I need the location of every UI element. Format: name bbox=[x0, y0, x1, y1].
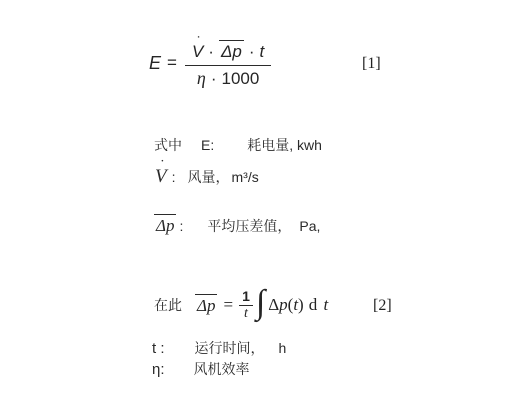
constant-1000: 1000 bbox=[221, 69, 259, 89]
equation-ref-2: [2] bbox=[373, 297, 392, 315]
integrand: Δ p ( t ) bbox=[268, 295, 304, 315]
mean-pressure-symbol: Δp bbox=[154, 214, 176, 236]
v-unit: m³/s bbox=[232, 169, 259, 185]
definition-line-v: V ˙ : 风量， m³/s bbox=[155, 166, 259, 188]
formula-mean-pressure: 在此 Δp = 1 t ∫ Δ p ( t ) d t bbox=[154, 280, 328, 330]
energy-symbol: E bbox=[149, 53, 161, 74]
definition-line-e: 式中 E: 耗电量, kwh bbox=[154, 135, 322, 155]
time-symbol: t bbox=[260, 42, 265, 62]
e-symbol-label: E: bbox=[201, 137, 214, 153]
paren-close: ) bbox=[298, 295, 304, 315]
equation-ref-1: [1] bbox=[362, 55, 381, 73]
t-description: 运行时间， bbox=[195, 338, 265, 358]
eta-description: 风机效率 bbox=[194, 359, 250, 379]
colon: : bbox=[172, 169, 176, 185]
formula1-denominator: η · 1000 bbox=[197, 66, 259, 89]
eta-symbol: η bbox=[197, 68, 206, 89]
intro-label: 式中 bbox=[154, 135, 182, 155]
v-description: 风量， bbox=[188, 167, 230, 187]
dp-description: 平均压差值， bbox=[207, 216, 291, 236]
delta-symbol: Δ bbox=[268, 295, 279, 315]
differential: d t bbox=[309, 295, 328, 315]
t-symbol-label: t : bbox=[152, 340, 165, 357]
fraction-denominator: t bbox=[244, 306, 248, 322]
one-over-t-fraction: 1 t bbox=[239, 289, 253, 321]
t-symbol: t bbox=[323, 295, 328, 314]
dot-accent: ˙ bbox=[160, 159, 165, 174]
formula1-fraction: V ˙ · Δp · t η · 1000 bbox=[185, 37, 271, 88]
t-unit: h bbox=[279, 340, 287, 356]
p-symbol: p bbox=[279, 295, 288, 315]
volume-flow-symbol: V ˙ bbox=[155, 166, 167, 188]
d-symbol: d bbox=[309, 295, 318, 314]
definition-line-dp: Δp : 平均压差值， Pa, bbox=[154, 214, 320, 236]
formula2-prefix: 在此 bbox=[154, 295, 182, 315]
dp-unit: Pa, bbox=[299, 218, 320, 234]
colon: : bbox=[179, 218, 183, 234]
dot-accent: ˙ bbox=[197, 35, 202, 50]
equals-sign: = bbox=[223, 295, 233, 315]
formula-energy-consumption: E = V ˙ · Δp · t η · 1000 bbox=[149, 36, 271, 90]
multiply-dot: · bbox=[249, 42, 255, 62]
definition-line-t: t : 运行时间， h bbox=[152, 338, 286, 358]
fraction-numerator: 1 bbox=[239, 289, 253, 306]
mean-pressure-symbol: Δp bbox=[219, 40, 244, 62]
integral-sign: ∫ bbox=[256, 281, 265, 325]
document-page: E = V ˙ · Δp · t η · 1000 [1] 式中 E: 耗电量, bbox=[0, 0, 514, 403]
multiply-dot: · bbox=[211, 69, 217, 89]
definition-line-eta: η: 风机效率 bbox=[152, 359, 250, 379]
equals-sign: = bbox=[167, 53, 177, 73]
eta-symbol-label: η: bbox=[152, 361, 165, 378]
multiply-dot: · bbox=[208, 42, 214, 62]
volume-flow-symbol: V ˙ bbox=[192, 42, 203, 62]
mean-pressure-symbol: Δp bbox=[195, 294, 217, 316]
formula1-numerator: V ˙ · Δp · t bbox=[185, 37, 271, 66]
e-description: 耗电量, kwh bbox=[247, 135, 322, 155]
